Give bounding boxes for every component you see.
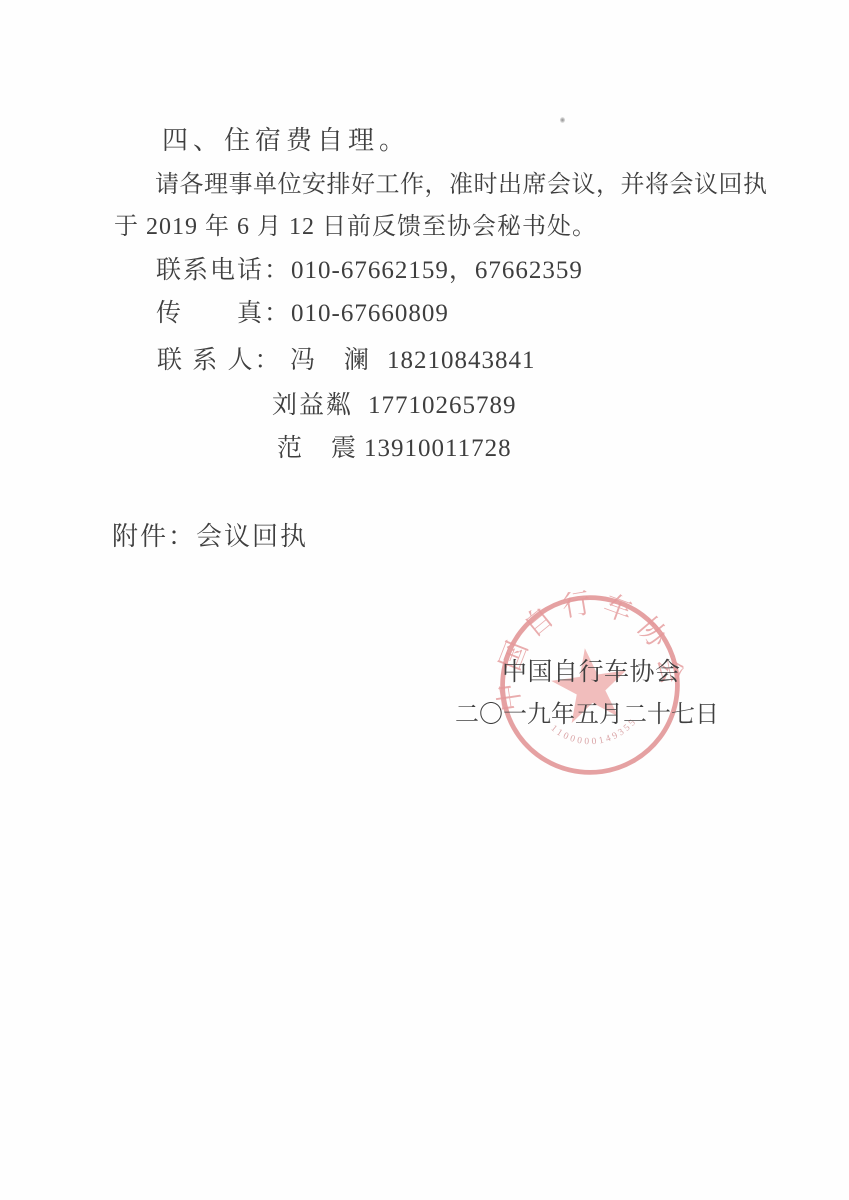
person-phone: 18210843841 [387, 347, 536, 374]
phone-label: 联系电话： [156, 257, 291, 286]
seal-arc-text-holder: 中国自行车协会 [483, 578, 689, 714]
signature-date: 二〇一九年五月二十七日 [455, 702, 719, 730]
person-name: 冯 澜 [290, 347, 387, 376]
fax-label: 传 真： [156, 300, 291, 329]
fax-number: 010-67660809 [291, 300, 449, 327]
document-page: 四、住宿费自理。 请各理事单位安排好工作，准时出席会议，并将会议回执 于 201… [0, 0, 849, 1200]
person-label: 联 系 人： [157, 347, 290, 376]
attachment-line: 附件：会议回执 [112, 522, 308, 552]
contact-person-row-3: 范 震13910011728 [277, 435, 512, 464]
contact-fax-row: 传 真：010-67660809 [156, 300, 449, 329]
seal-arc-text: 中国自行车协会 [483, 578, 689, 714]
phone-numbers: 010-67662159，67662359 [291, 257, 583, 284]
person-phone: 17710265789 [368, 392, 517, 419]
contact-person-row-1: 联 系 人：冯 澜18210843841 [157, 347, 536, 376]
paragraph-line-2: 于 2019 年 6 月 12 日前反馈至协会秘书处。 [114, 214, 597, 242]
signature-org: 中国自行车协会 [502, 659, 681, 688]
person-phone: 13910011728 [364, 435, 512, 462]
contact-phone-row: 联系电话：010-67662159，67662359 [156, 257, 583, 286]
scan-speck [560, 117, 565, 123]
item-four-line: 四、住宿费自理。 [162, 126, 410, 156]
person-name: 范 震 [277, 435, 364, 464]
paragraph-line-1: 请各理事单位安排好工作，准时出席会议，并将会议回执 [155, 172, 768, 200]
person-name: 刘益粼 [272, 392, 368, 421]
contact-person-row-2: 刘益粼17710265789 [272, 392, 517, 421]
